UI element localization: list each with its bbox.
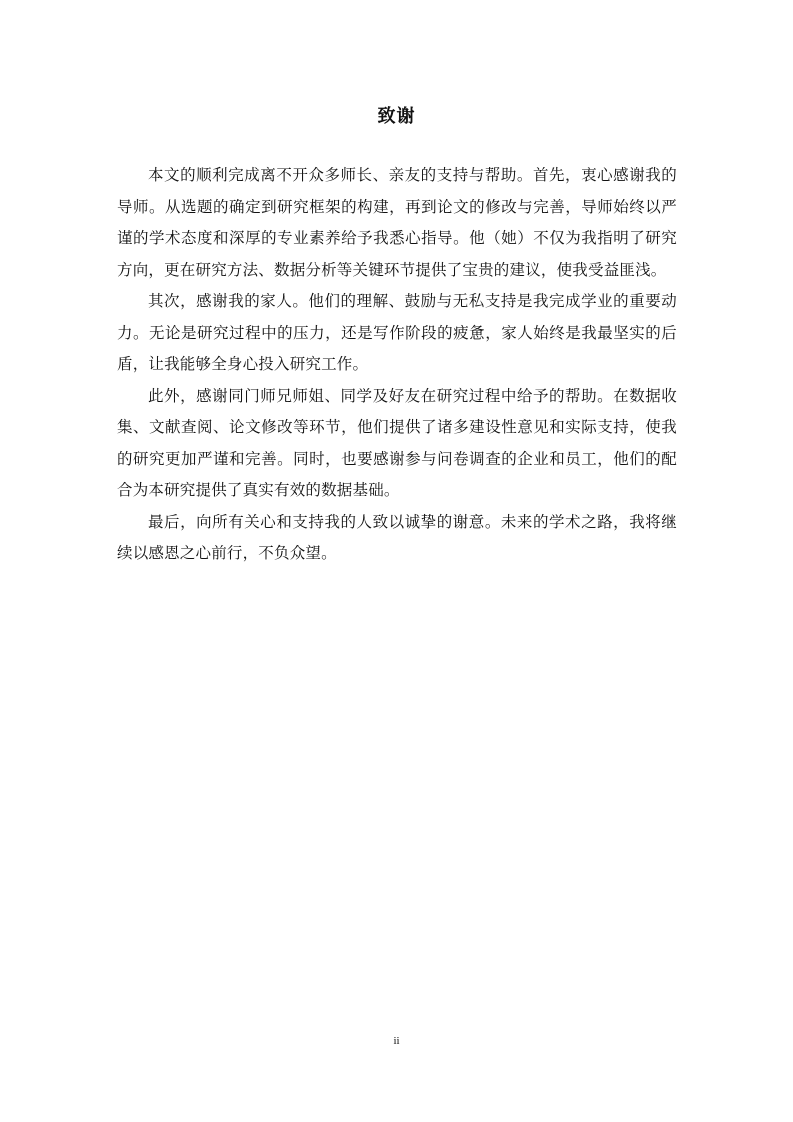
- paragraph-family: 其次，感谢我的家人。他们的理解、鼓励与无私支持是我完成学业的重要动力。无论是研究…: [117, 286, 677, 381]
- page-number: ii: [0, 1034, 793, 1048]
- paragraph-closing: 最后，向所有关心和支持我的人致以诚挚的谢意。未来的学术之路，我将继续以感恩之心前…: [117, 507, 677, 570]
- paragraph-advisor: 本文的顺利完成离不开众多师长、亲友的支持与帮助。首先，衷心感谢我的导师。从选题的…: [117, 160, 677, 286]
- page-title: 致谢: [0, 104, 793, 130]
- paragraph-peers: 此外，感谢同门师兄师姐、同学及好友在研究过程中给予的帮助。在数据收集、文献查阅、…: [117, 381, 677, 507]
- document-page: 致谢 本文的顺利完成离不开众多师长、亲友的支持与帮助。首先，衷心感谢我的导师。从…: [0, 0, 793, 1122]
- acknowledgements-body: 本文的顺利完成离不开众多师长、亲友的支持与帮助。首先，衷心感谢我的导师。从选题的…: [117, 160, 677, 570]
